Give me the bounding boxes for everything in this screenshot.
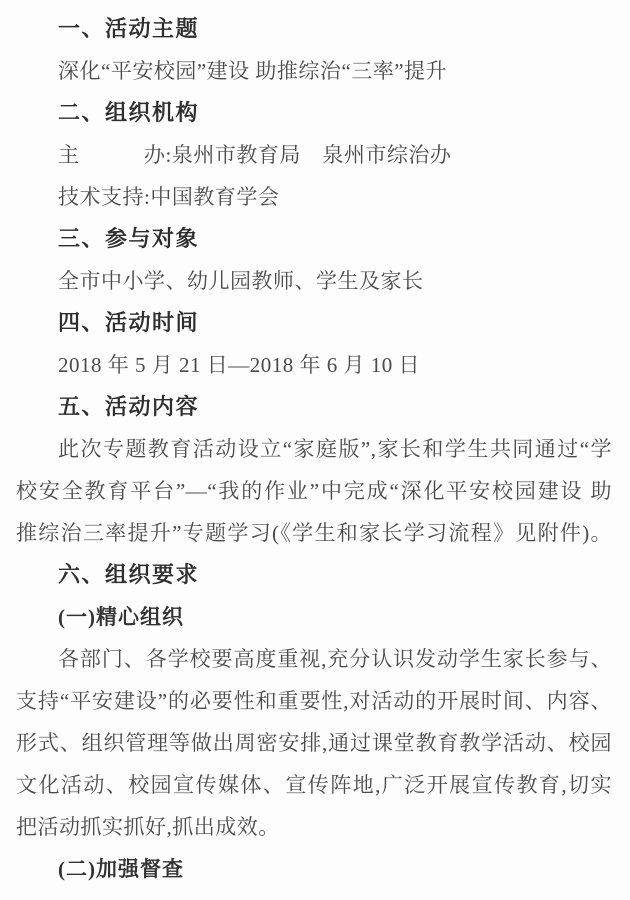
- organizer-line: 主 办:泉州市教育局 泉州市综治办: [16, 134, 612, 176]
- require-paragraph-line: 各部门、各学校要高度重视,充分认识发动学生家长参与、: [16, 638, 612, 680]
- tech-support-line: 技术支持:中国教育学会: [16, 176, 612, 218]
- require-paragraph-line: 支持“平安建设”的必要性和重要性,对活动的开展时间、内容、: [16, 680, 612, 722]
- content-paragraph-line: 此次专题教育活动设立“家庭版”,家长和学生共同通过“学: [16, 428, 612, 470]
- require-paragraph-line: 形式、组织管理等做出周密安排,通过课堂教育教学活动、校园: [16, 722, 612, 764]
- content-paragraph-line: 推综治三率提升”专题学习(《学生和家长学习流程》见附件)。: [16, 512, 612, 554]
- section-heading-2: 二、组织机构: [16, 92, 612, 134]
- document-page: 一、活动主题 深化“平安校园”建设 助推综治“三率”提升 二、组织机构 主 办:…: [0, 0, 630, 900]
- activity-theme-text: 深化“平安校园”建设 助推综治“三率”提升: [16, 50, 612, 92]
- subsection-heading-1: (一)精心组织: [16, 596, 612, 638]
- require-paragraph-line: 文化活动、校园宣传媒体、宣传阵地,广泛开展宣传教育,切实: [16, 764, 612, 806]
- participants-line: 全市中小学、幼儿园教师、学生及家长: [16, 260, 612, 302]
- section-heading-3: 三、参与对象: [16, 218, 612, 260]
- section-heading-5: 五、活动内容: [16, 386, 612, 428]
- section-heading-1: 一、活动主题: [16, 8, 612, 50]
- require-paragraph-line: 把活动抓实抓好,抓出成效。: [16, 806, 612, 848]
- section-heading-6: 六、组织要求: [16, 554, 612, 596]
- activity-date-line: 2018 年 5 月 21 日—2018 年 6 月 10 日: [16, 344, 612, 386]
- subsection-heading-2: (二)加强督查: [16, 848, 612, 890]
- content-paragraph-line: 校安全教育平台”—“我的作业”中完成“深化平安校园建设 助: [16, 470, 612, 512]
- section-heading-4: 四、活动时间: [16, 302, 612, 344]
